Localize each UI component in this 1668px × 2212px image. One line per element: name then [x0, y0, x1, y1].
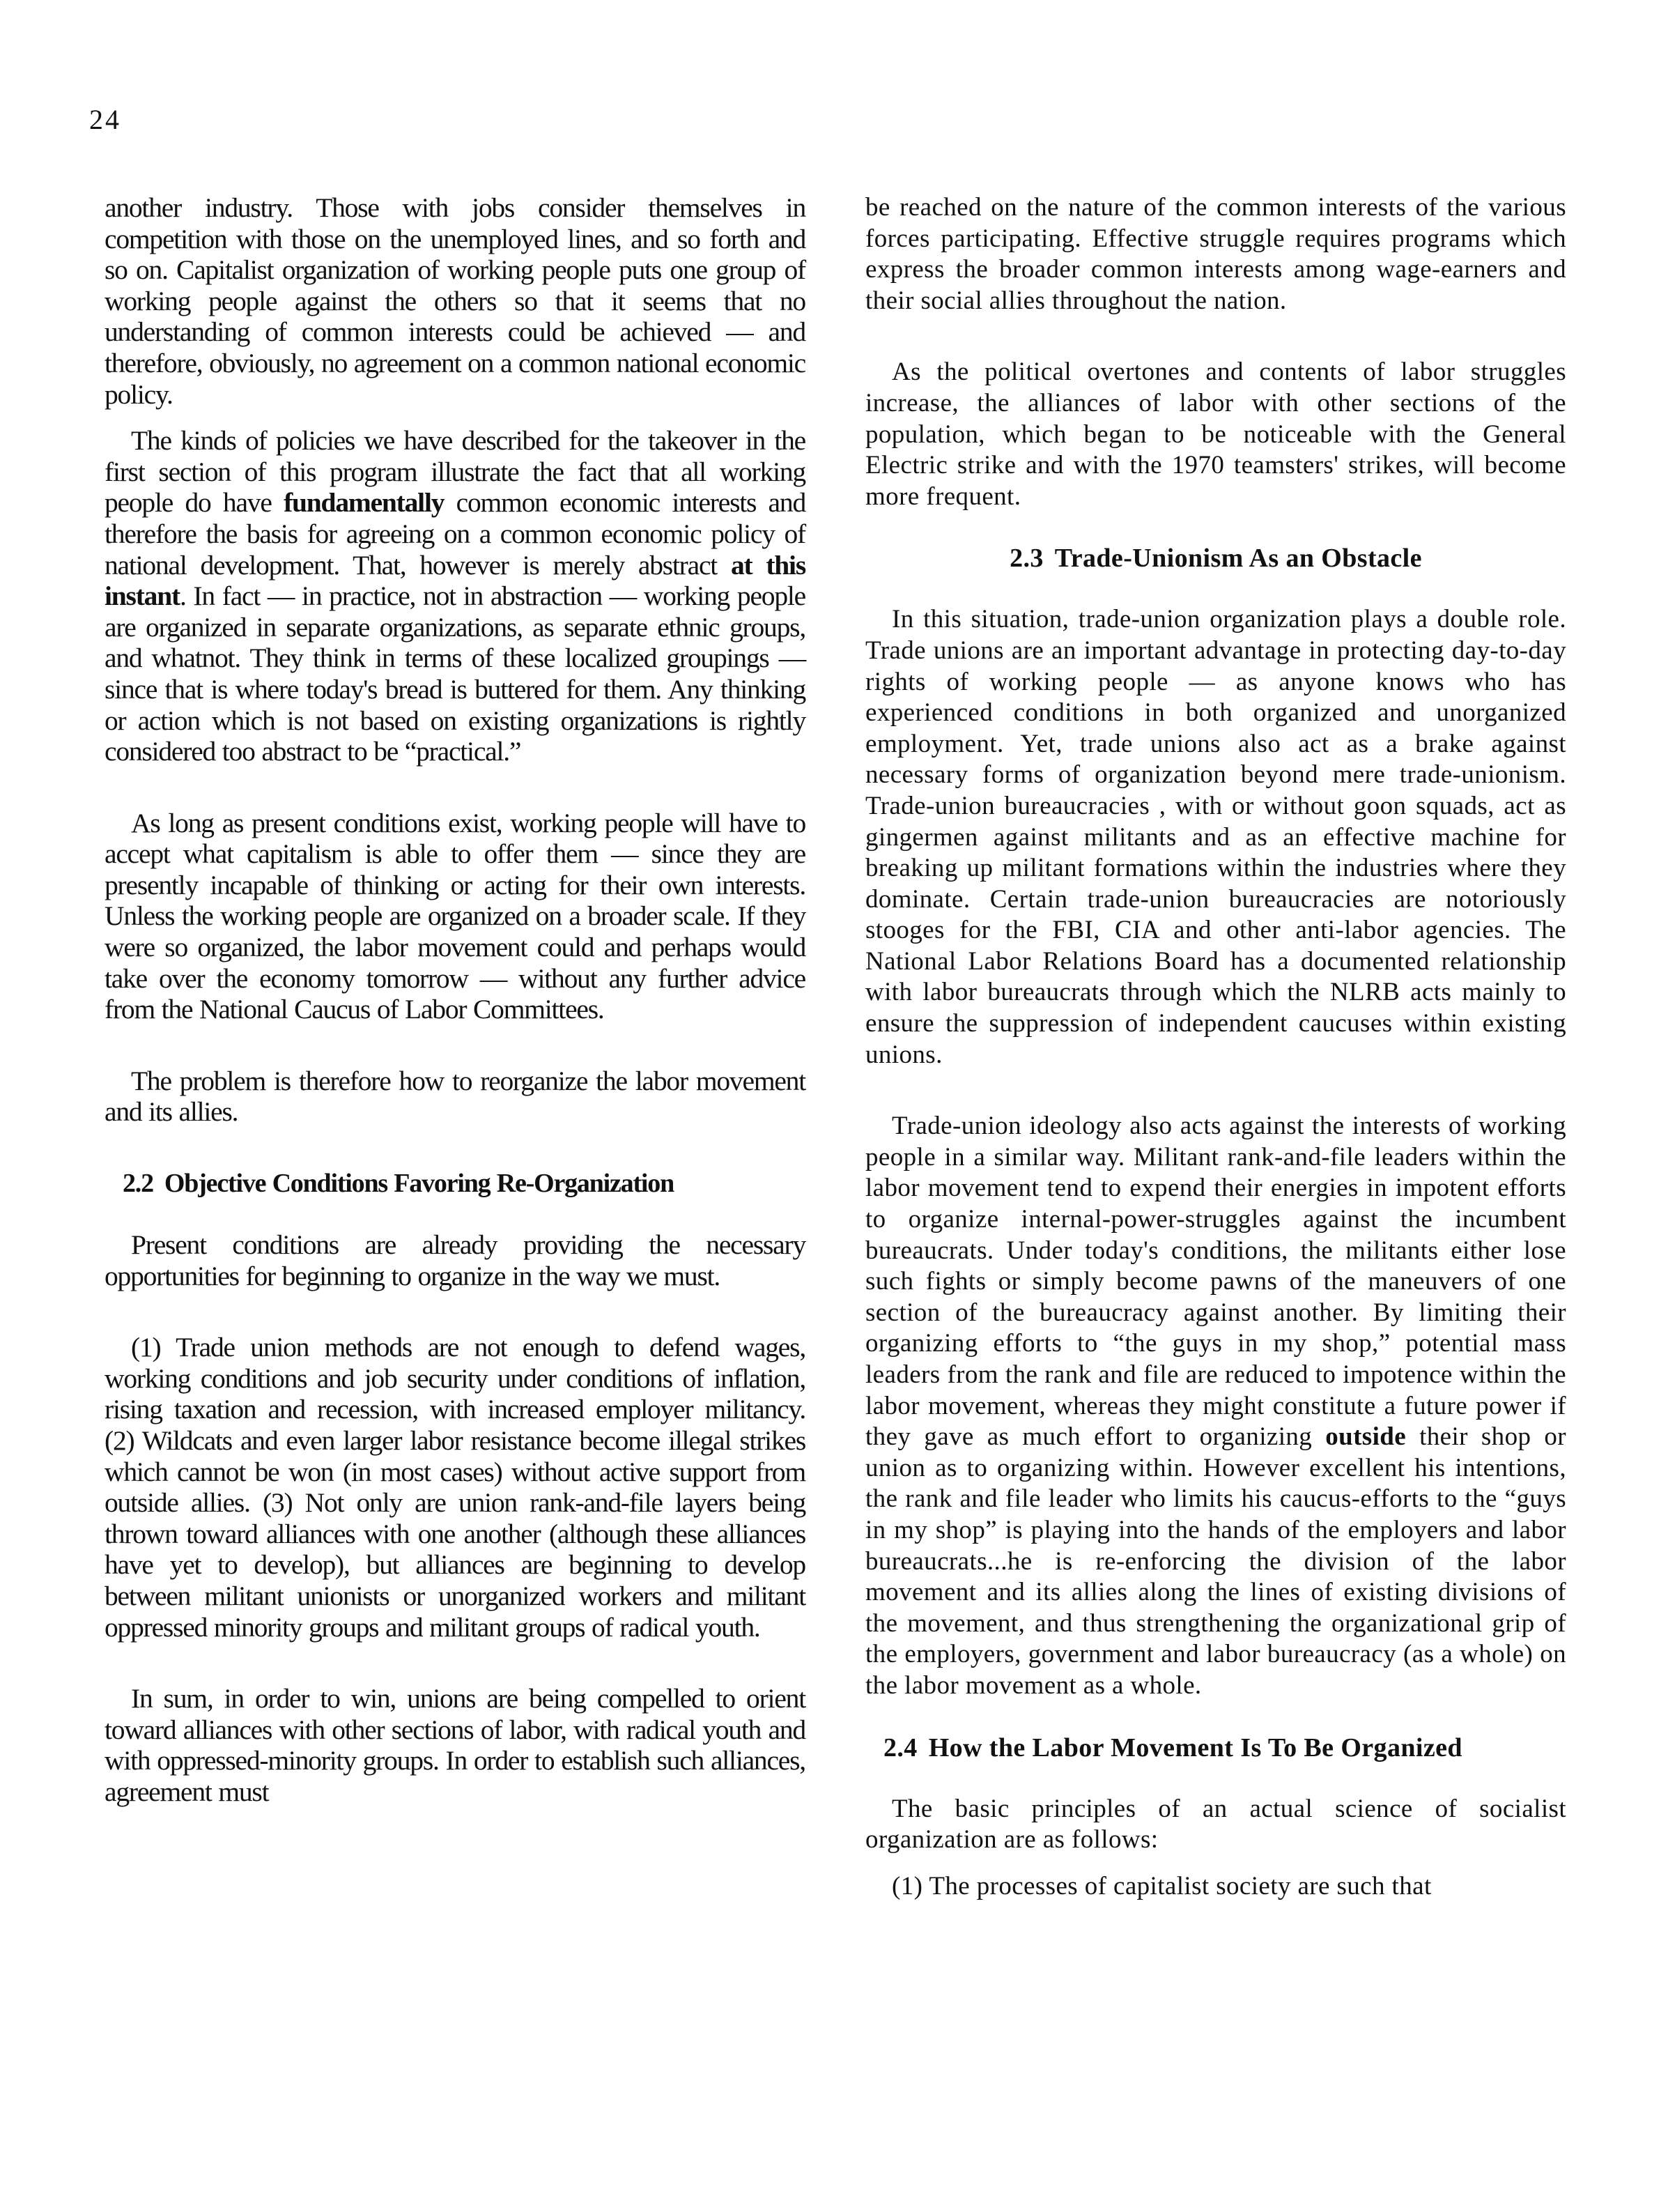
paragraph-principle-1: (1) The processes of capitalist society … — [865, 1871, 1566, 1903]
paragraph-continuation: another industry. Those with jobs consid… — [105, 192, 805, 410]
bold-emphasis-outside: outside — [1325, 1422, 1406, 1451]
paragraph-in-sum: In sum, in order to win, unions are bein… — [105, 1683, 805, 1807]
paragraph-continuation: be reached on the nature of the common i… — [865, 192, 1566, 316]
bold-emphasis-fundamentally: fundamentally — [284, 487, 444, 518]
section-number: 2.2 — [123, 1169, 153, 1198]
section-heading-2-2: 2.2Objective Conditions Favoring Re-Orga… — [105, 1168, 805, 1199]
paragraph-policies: The kinds of policies we have described … — [105, 425, 805, 767]
section-heading-2-3: 2.3Trade-Unionism As an Obstacle — [865, 543, 1566, 574]
paragraph-basic-principles: The basic principles of an actual scienc… — [865, 1794, 1566, 1856]
paragraph-opportunities: Present conditions are already providing… — [105, 1229, 805, 1291]
section-title: Objective Conditions Favoring Re-Organiz… — [164, 1169, 674, 1198]
section-heading-2-4: 2.4How the Labor Movement Is To Be Organ… — [865, 1733, 1566, 1763]
left-column: another industry. Those with jobs consid… — [105, 192, 805, 1808]
paragraph-political-overtones: As the political overtones and contents … — [865, 357, 1566, 512]
section-title: How the Labor Movement Is To Be Organize… — [929, 1733, 1462, 1762]
paragraph-numbered-conditions: (1) Trade union methods are not enough t… — [105, 1332, 805, 1643]
paragraph-present-conditions: As long as present conditions exist, wor… — [105, 808, 805, 1025]
section-title: Trade-Unionism As an Obstacle — [1055, 544, 1422, 573]
paragraph-double-role: In this situation, trade-union organizat… — [865, 604, 1566, 1070]
section-number: 2.4 — [883, 1733, 918, 1762]
paragraph-trade-union-ideology: Trade-union ideology also acts against t… — [865, 1111, 1566, 1701]
text-run: Trade-union ideology also acts against t… — [865, 1112, 1566, 1451]
page-number: 24 — [89, 106, 121, 134]
text-run: . In fact — in practice, not in abstract… — [105, 581, 805, 767]
section-number: 2.3 — [1010, 544, 1044, 573]
paragraph-problem: The problem is therefore how to reorgani… — [105, 1066, 805, 1128]
text-run: their shop or union as to organizing wit… — [865, 1422, 1566, 1700]
right-column: be reached on the nature of the common i… — [865, 192, 1566, 1902]
